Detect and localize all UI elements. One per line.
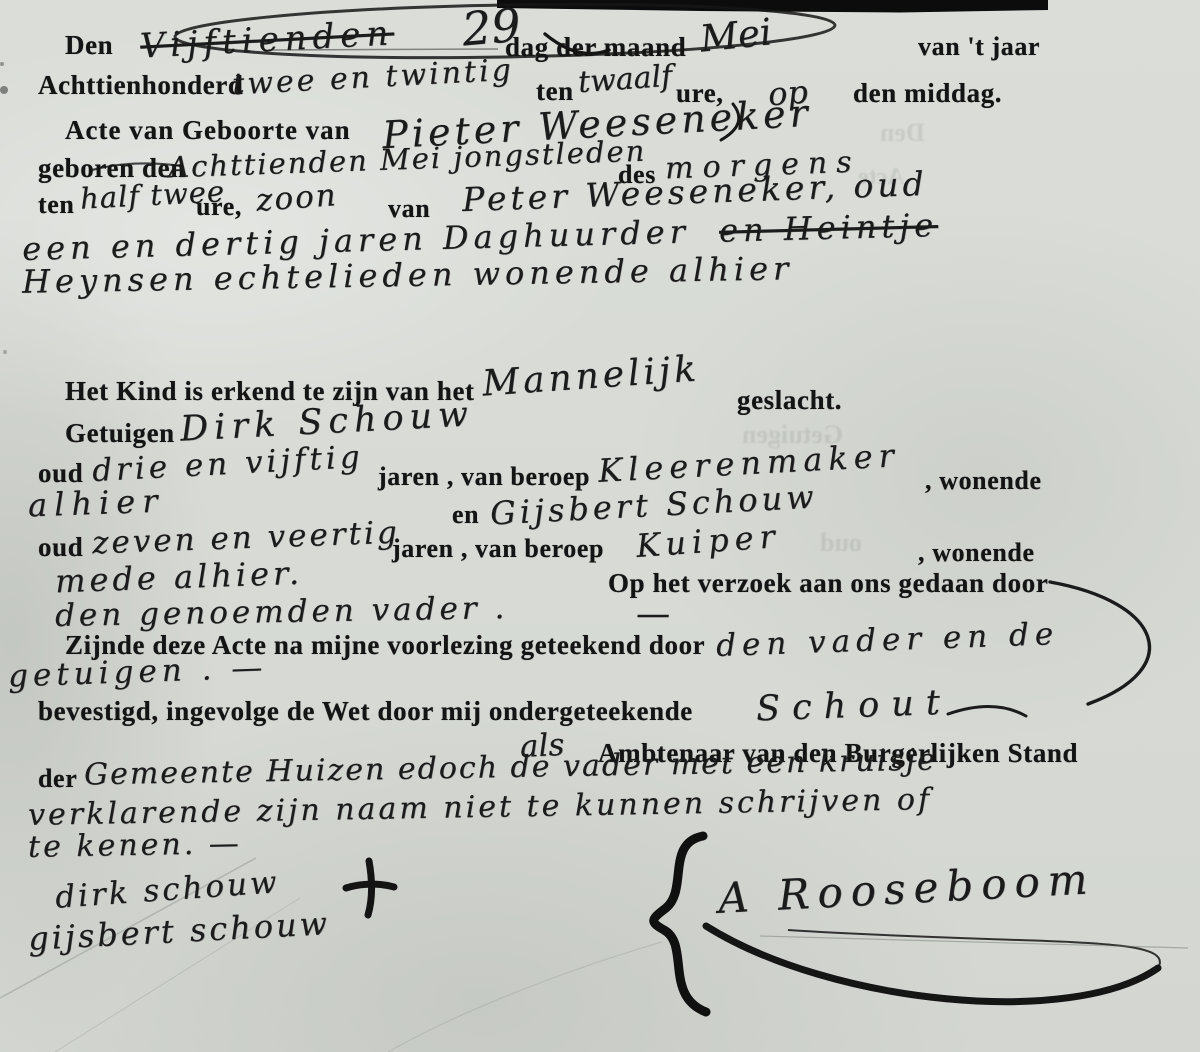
hw-dash: —: [636, 594, 670, 634]
printed-van-t-jaar: van 't jaar: [918, 32, 1040, 62]
hw-hour: twaalf: [577, 59, 673, 100]
hw-day-struck: Vijftienden: [139, 13, 395, 66]
scan-speck: [0, 86, 8, 94]
printed-den-middag: den middag.: [853, 78, 1002, 109]
hw-witness2-age: zeven en veertig: [91, 515, 400, 562]
hw-month: Mei: [698, 10, 774, 60]
hw-vader-en-de: den vader en de: [715, 616, 1059, 664]
witness-cross-mark: [346, 861, 394, 915]
printed-achttienhonderd: Achttienhonderd: [38, 70, 244, 101]
pen-flourish-schout: [948, 706, 1026, 716]
hw-gender: Mannelijk: [481, 348, 701, 404]
scan-artifact-bar: [497, 0, 1048, 13]
printed-jaren-beroep2: jaren , van beroep: [392, 534, 604, 564]
hw-getuigen: getuigen . —: [7, 649, 267, 694]
ghost-text: Den: [880, 118, 925, 148]
hw-struck-segment: en Heintje: [719, 206, 939, 250]
printed-den: Den: [65, 30, 113, 61]
signature-pencil-line: [760, 936, 1188, 948]
scan-speck: [3, 350, 7, 354]
scratch: [388, 942, 662, 1052]
printed-acte-van-geboorte: Acte van Geboorte van: [65, 115, 351, 146]
ghost-text: oud: [820, 528, 862, 558]
printed-wonende1: , wonende: [925, 466, 1042, 496]
printed-oud2: oud: [38, 532, 83, 563]
birth-certificate-scan: Den Acte Getuigen oud Den Vijftienden 29…: [0, 0, 1200, 1052]
printed-bevestigd: bevestigd, ingevolge de Wet door mij ond…: [38, 696, 693, 727]
printed-jaren-beroep1: jaren , van beroep: [378, 462, 590, 492]
signature-official: A Rooseboom: [717, 854, 1097, 923]
signature-flourish-return: [788, 930, 1160, 968]
printed-ten: ten: [536, 76, 574, 107]
hw-te-kenen: te kenen. —: [28, 826, 242, 865]
printed-ten2: ten: [38, 190, 74, 220]
hw-alhier: alhier: [27, 482, 165, 525]
hw-zoon: zoon: [255, 177, 339, 219]
hw-genoemden-vader: den genoemden vader .: [55, 590, 509, 634]
printed-geslacht: geslacht.: [737, 385, 842, 416]
signature-flourish: [706, 926, 1158, 1002]
hw-year: twee en twintig: [231, 53, 514, 103]
pen-flourish-sweep: [1050, 582, 1149, 704]
printed-ure2: ure,: [196, 192, 242, 222]
printed-getuigen: Getuigen: [65, 418, 175, 449]
hw-witness2-occupation: Kuiper: [635, 517, 782, 565]
printed-verzoek: Op het verzoek aan ons gedaan door: [608, 568, 1048, 599]
hw-schout: Schout: [755, 683, 952, 730]
curly-brace: [654, 836, 706, 1012]
scan-speck: [0, 62, 4, 66]
printed-en: en: [452, 500, 479, 530]
printed-der: der: [38, 764, 77, 794]
printed-wonende2: , wonende: [918, 538, 1035, 568]
printed-dag-der-maand: dag der maand: [505, 32, 686, 63]
